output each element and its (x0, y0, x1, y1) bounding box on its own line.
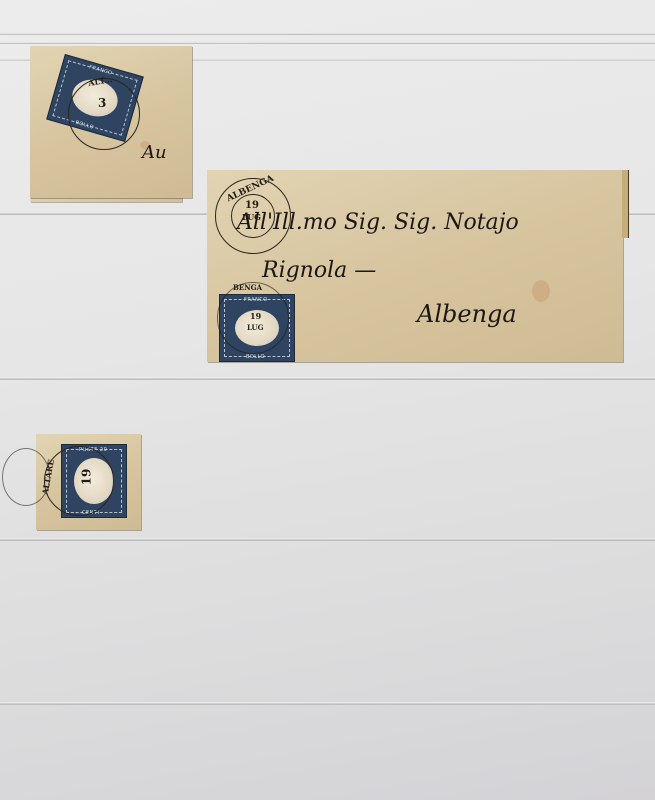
address-line-2: Rignola — (262, 258, 376, 283)
strip-row-4 (0, 538, 655, 541)
address-line-3: Albenga (417, 300, 517, 328)
postmark-day: 19 (79, 469, 93, 486)
postmark-day: 3 (98, 96, 106, 110)
stamp-piece-2[interactable]: POSTE 20 CENTI ALTARE 19 (36, 434, 141, 530)
folded-letter[interactable]: ALBENGA 19 LUG All'Ill.mo Sig. Sig. Nota… (207, 170, 623, 362)
stamp-bottom-label: BOLLO (246, 354, 265, 360)
stamp-cancel-town: BENGA (233, 283, 262, 292)
stamp-piece-1[interactable]: FRANCO BOLLO 3 ALT... Au (30, 46, 192, 198)
manuscript-note: Au (142, 142, 167, 163)
stamp-postmark (217, 282, 289, 354)
strip-top-1 (0, 33, 655, 35)
strip-top-2 (0, 42, 655, 44)
letter-fold-edge (622, 170, 629, 238)
postmark (68, 78, 140, 150)
strip-row-5 (0, 702, 655, 705)
stain (532, 280, 550, 302)
strip-row-3 (0, 377, 655, 380)
address-line-1: All'Ill.mo Sig. Sig. Notajo (237, 210, 519, 235)
